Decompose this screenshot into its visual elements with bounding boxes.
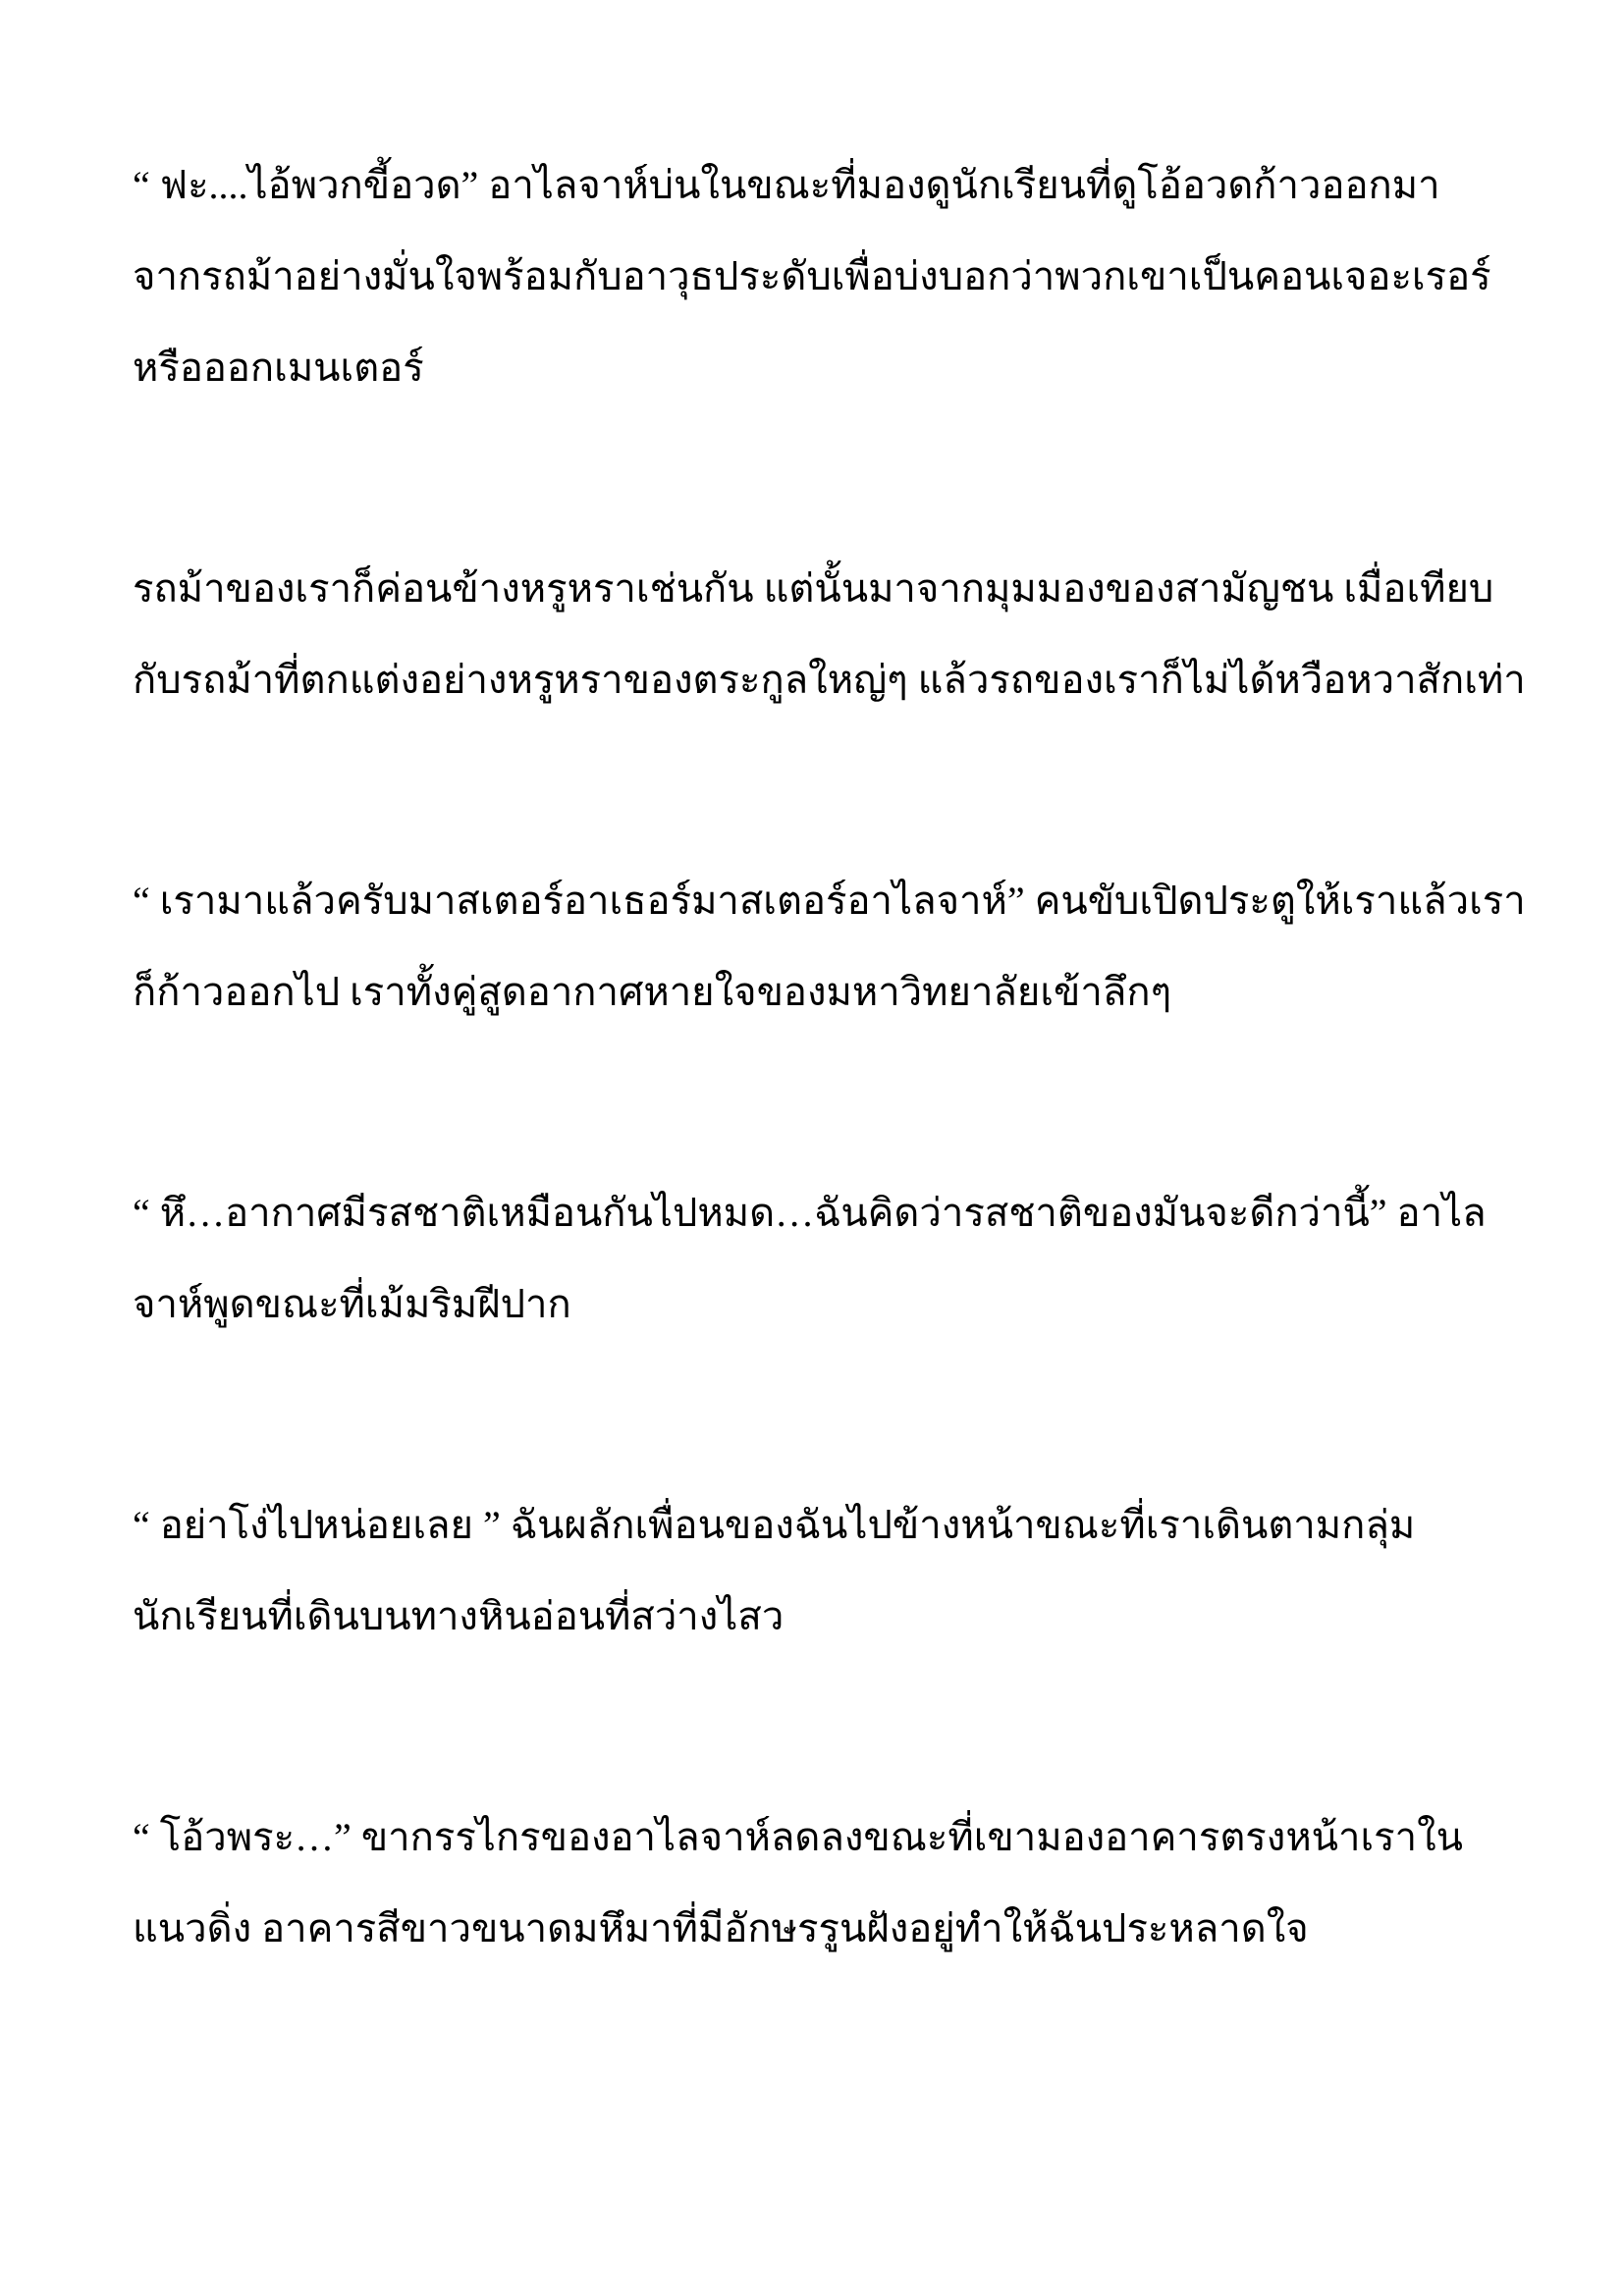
paragraph: “ หึ…อากาศมีรสชาติเหมือนกันไปหมด…ฉันคิดว… [133, 1167, 1496, 1350]
text-line: “ โอ้วพระ…” ขากรรไกรของอาไลจาห์ลดลงขณะที… [133, 1791, 1496, 1883]
text-line: “ หึ…อากาศมีรสชาติเหมือนกันไปหมด…ฉันคิดว… [133, 1167, 1496, 1258]
paragraph: รถม้าของเราก็ค่อนข้างหรูหราเช่นกัน แต่นั… [133, 543, 1496, 725]
text-line: รถม้าของเราก็ค่อนข้างหรูหราเช่นกัน แต่นั… [133, 543, 1496, 634]
paragraph: “ ฟะ....ไอ้พวกขี้อวด” อาไลจาห์บ่นในขณะที… [133, 139, 1496, 413]
text-line: “ ฟะ....ไอ้พวกขี้อวด” อาไลจาห์บ่นในขณะที… [133, 139, 1496, 231]
text-line: “ อย่าโง่ไปหน่อยเลย ” ฉันผลักเพื่อนของฉั… [133, 1479, 1496, 1571]
paragraph: “ โอ้วพระ…” ขากรรไกรของอาไลจาห์ลดลงขณะที… [133, 1791, 1496, 1974]
text-line: จาห์พูดขณะที่เม้มริมฝีปาก [133, 1258, 1496, 1350]
paragraph: “ เรามาแล้วครับมาสเตอร์อาเธอร์มาสเตอร์อา… [133, 855, 1496, 1038]
text-line: นักเรียนที่เดินบนทางหินอ่อนที่สว่างไสว [133, 1571, 1496, 1662]
paragraph: “ อย่าโง่ไปหน่อยเลย ” ฉันผลักเพื่อนของฉั… [133, 1479, 1496, 1662]
text-line: ก็ก้าวออกไป เราทั้งคู่สูดอากาศหายใจของมห… [133, 946, 1496, 1038]
page-text: “ ฟะ....ไอ้พวกขี้อวด” อาไลจาห์บ่นในขณะที… [133, 139, 1496, 1974]
text-line: กับรถม้าที่ตกแต่งอย่างหรูหราของตระกูลใหญ… [133, 634, 1496, 725]
text-line: จากรถม้าอย่างมั่นใจพร้อมกับอาวุธประดับเพ… [133, 231, 1496, 322]
text-line: แนวดิ่ง อาคารสีขาวขนาดมหึมาที่มีอักษรรูน… [133, 1883, 1496, 1974]
text-line: หรือออกเมนเตอร์ [133, 322, 1496, 413]
document-page: “ ฟะ....ไอ้พวกขี้อวด” อาไลจาห์บ่นในขณะที… [0, 0, 1624, 2296]
text-line: “ เรามาแล้วครับมาสเตอร์อาเธอร์มาสเตอร์อา… [133, 855, 1496, 946]
